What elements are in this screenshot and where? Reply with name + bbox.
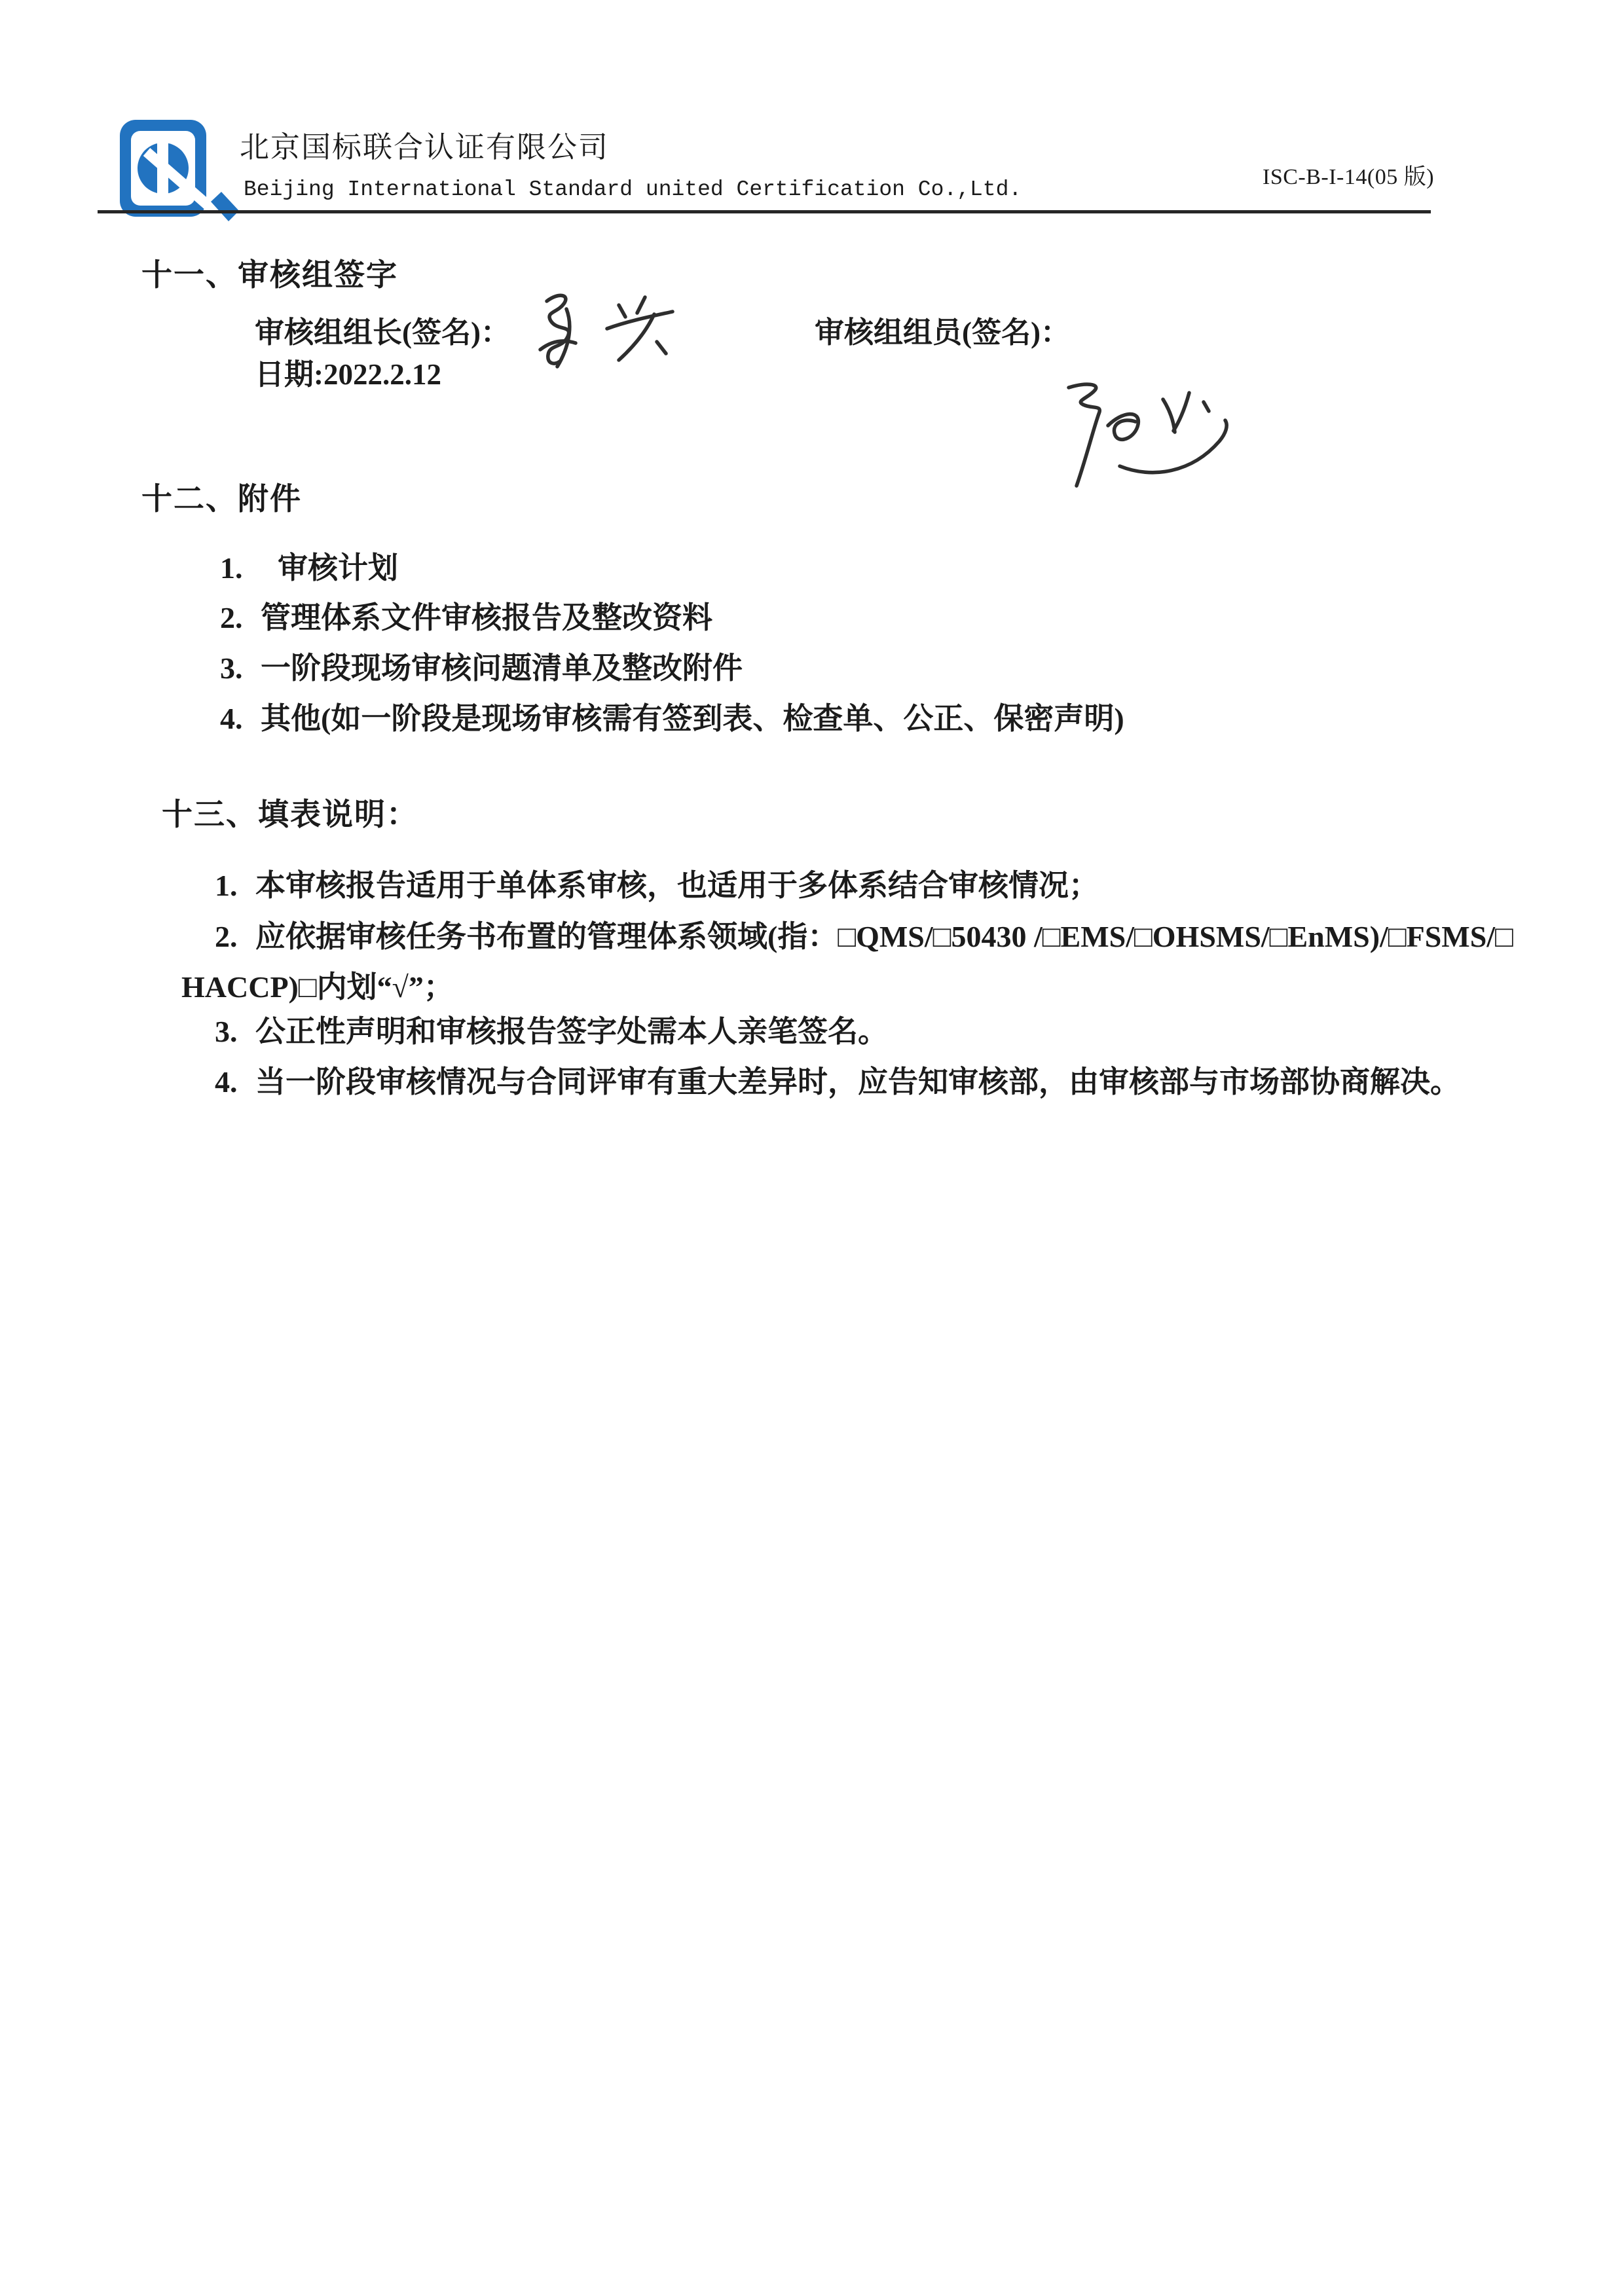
company-name-zh: 北京国标联合认证有限公司 [240, 131, 609, 164]
audit-date: 日期:2022.2.12 [255, 358, 441, 391]
member-signature-icon [1035, 368, 1241, 505]
section-13-title: 十三、填表说明： [162, 798, 418, 833]
attachment-item: 2.管理体系文件审核报告及整改资料 [220, 601, 712, 635]
item-text: 本审核报告适用于单体系审核，也适用于多体系结合审核情况； [255, 869, 1099, 902]
section-12-title: 十二、附件 [141, 483, 302, 517]
item-number: 1. [215, 869, 255, 903]
note-item: 2.应依据审核任务书布置的管理体系领域(指：□QMS/□50430 /□EMS/… [215, 920, 1513, 954]
item-text: 其他(如一阶段是现场审核需有签到表、检查单、公正、保密声明) [261, 702, 1124, 735]
attachment-item: 3.一阶段现场审核问题清单及整改附件 [220, 651, 743, 685]
item-text: 应依据审核任务书布置的管理体系领域(指：□QMS/□50430 /□EMS/□O… [255, 920, 1513, 953]
note-item-continuation: HACCP)□内划“√”； [181, 970, 454, 1004]
item-text: 一阶段现场审核问题清单及整改附件 [261, 651, 743, 685]
company-name-en: Beijing International Standard united Ce… [244, 178, 1022, 202]
item-number: 3. [215, 1015, 255, 1049]
item-number: 1. [220, 551, 261, 585]
item-text: 公正性声明和审核报告签字处需本人亲笔签名。 [255, 1015, 888, 1048]
leader-signature [521, 287, 688, 375]
item-text: 管理体系文件审核报告及整改资料 [261, 601, 712, 634]
member-signature [1035, 368, 1241, 505]
attachment-item: 4.其他(如一阶段是现场审核需有签到表、检查单、公正、保密声明) [220, 702, 1124, 736]
company-logo [118, 118, 239, 232]
header-divider [98, 210, 1431, 213]
note-item: 3.公正性声明和审核报告签字处需本人亲笔签名。 [215, 1015, 888, 1049]
note-item: 1.本审核报告适用于单体系审核，也适用于多体系结合审核情况； [215, 869, 1099, 903]
doc-code: ISC-B-I-14(05 版) [1263, 165, 1434, 190]
item-number: 4. [220, 702, 261, 736]
document-page: 北京国标联合认证有限公司 Beijing International Stand… [0, 0, 1624, 2296]
item-number: 2. [215, 920, 255, 954]
note-item: 4.当一阶段审核情况与合同评审有重大差异时，应告知审核部，由审核部与市场部协商解… [215, 1065, 1460, 1099]
item-number: 4. [215, 1065, 255, 1099]
isc-logo-icon [118, 118, 239, 232]
leader-signature-label: 审核组组长(签名)： [255, 316, 510, 349]
leader-signature-icon [521, 287, 688, 375]
attachment-item: 1.审核计划 [220, 551, 398, 585]
item-number: 2. [220, 601, 261, 635]
item-text: 当一阶段审核情况与合同评审有重大差异时，应告知审核部，由审核部与市场部协商解决。 [255, 1065, 1460, 1099]
member-signature-label: 审核组组员(签名)： [815, 316, 1070, 349]
item-text: 审核计划 [278, 551, 398, 585]
section-11-title: 十一、审核组签字 [141, 259, 398, 293]
item-number: 3. [220, 651, 261, 685]
